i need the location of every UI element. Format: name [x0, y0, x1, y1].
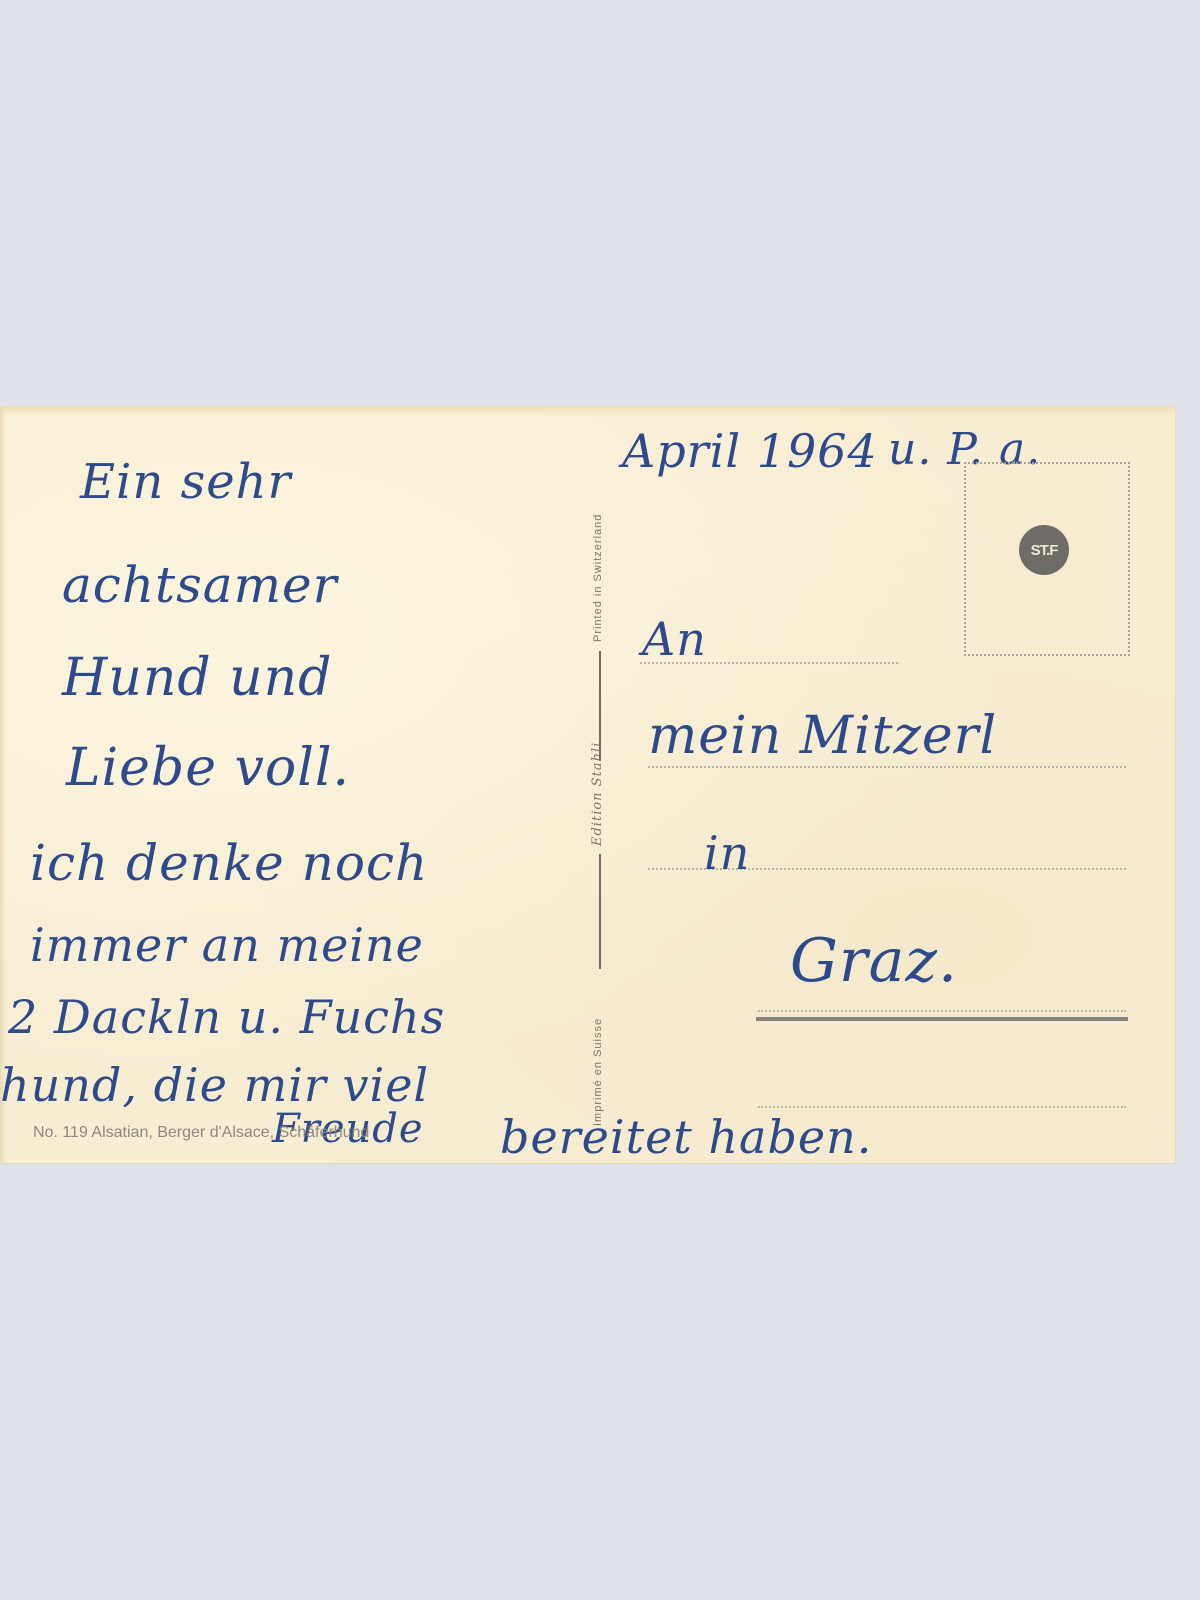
imprime-en-suisse-text: Imprimé en Suisse: [592, 1018, 604, 1126]
date-text: April 1964: [622, 424, 878, 478]
address-line-4: Graz.: [790, 926, 958, 996]
message-line-5: ich denke noch: [30, 834, 428, 892]
message-line-2: achtsamer: [62, 556, 337, 614]
message-line-3: Hund und: [62, 648, 332, 708]
address-dotted-line-4: [758, 1010, 1126, 1012]
postcard-back: Ein sehr achtsamer Hund und Liebe voll. …: [0, 406, 1176, 1164]
city-underline: [756, 1017, 1128, 1021]
edition-stahli-text: Edition Stahli: [590, 742, 605, 846]
divider-lower: [599, 854, 601, 969]
postcard-caption: No. 119 Alsatian, Berger d'Alsace, Schäf…: [33, 1124, 369, 1142]
message-line-7: 2 Dackln u. Fuchs: [8, 990, 445, 1044]
card-left-edge: [0, 406, 6, 1164]
address-dotted-line-5: [758, 1106, 1126, 1108]
address-dotted-line-2: [648, 766, 1126, 768]
address-line-2: mein Mitzerl: [648, 706, 997, 766]
address-line-3: in: [704, 826, 750, 880]
message-line-8: hund, die mir viel: [0, 1058, 429, 1112]
publisher-logo-icon: ST.F: [1019, 525, 1069, 575]
card-torn-edge: [0, 406, 1176, 416]
message-line-10: bereitet haben.: [500, 1110, 872, 1164]
message-line-1: Ein sehr: [80, 454, 291, 510]
message-line-6: immer an meine: [30, 918, 424, 972]
printed-in-switzerland-text: Printed in Switzerland: [592, 514, 604, 642]
message-line-4: Liebe voll.: [66, 738, 350, 798]
address-line-1: An: [642, 612, 707, 666]
